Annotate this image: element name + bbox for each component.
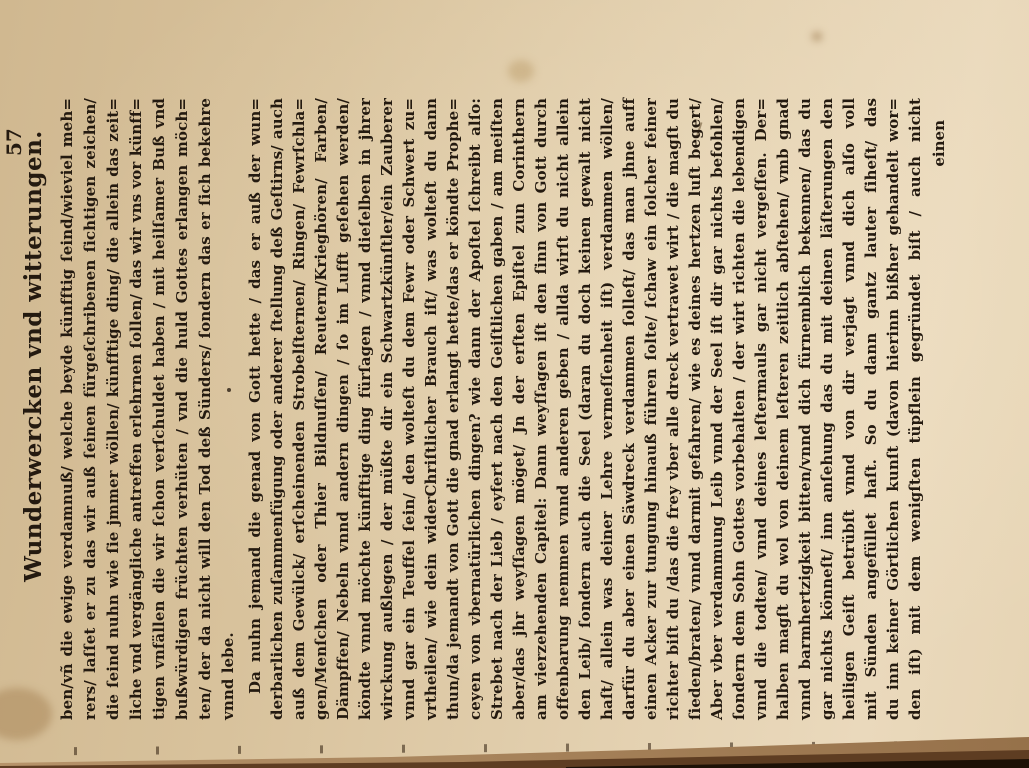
text-line: wirckung außlegen / der müßte dir ein Sc… [376,98,398,720]
text-line: auß dem Gewülck/ erſcheinenden Strobelſt… [288,98,310,720]
text-line: Da nuhn jemand die genad von Gott hette … [244,98,266,720]
text-line: halben magſt du wol von deinem leſteren … [772,98,794,720]
text-line: richter biſt du /das die frey vber alle … [662,98,684,720]
page-sheet-rotated: Wunderwercken vnd witterungen. 57 ben/vñ… [0,0,1029,768]
text-line: vnnd gar ein Teuffel ſein/ den wolteſt d… [398,98,420,720]
text-line: rers/ laſſet er zu das wir auß ſeinen fü… [79,98,102,720]
paragraph-continuation: ben/vñ die ewige verdamnuß/ welche beyde… [56,98,240,720]
text-line: du inn keiner Görtlichen kunſt (davon hi… [882,98,904,720]
text-line: haſt/ allein was deiner Lehre vermeſſenh… [596,98,618,720]
text-line: mit Sünden angefüllet haſt. So du dann g… [860,98,882,720]
catchword: einen [930,120,948,720]
text-line: tigen vnfällen die wir ſchon verſchuldet… [148,98,171,720]
paragraph-main: Da nuhn jemand die genad von Gott hette … [244,98,926,720]
text-line: ceyen von vbernatürlichen dingen? wie da… [464,98,486,720]
page-number: 57 [2,128,26,156]
text-line: den Leib/ ſondern auch die Seel (daran d… [574,98,596,720]
text-line: vrtheilen/ wie dein widerChriſtlicher Br… [420,98,442,720]
text-line: vnnd die todten/ vnnd deines leſtermauls… [750,98,772,720]
text-line: bußwürdigen früchten verhüten / vnd die … [171,98,194,720]
text-line: ten/ der da nicht will den Tod deß Sünde… [194,98,217,720]
text-line: köndte vnnd möchte künfftige ding fürſag… [354,98,376,720]
text-line: die ſeind nuhn wie ſie jmmer wöllen/ kün… [102,98,125,720]
text-line: aber/das jhr weyſſagen möget/ Jn der erſ… [508,98,530,720]
text-line: ben/vñ die ewige verdamnuß/ welche beyde… [56,98,79,720]
text-line: Dämpffen/ Nebeln vnnd andern dingen / ſo… [332,98,354,720]
scanned-book-page: Wunderwercken vnd witterungen. 57 ben/vñ… [0,0,1029,768]
text-line: vnnd barmhertzigkeit bitten/vnnd dich fü… [794,98,816,720]
text-line: darfür du aber einen Säwdreck verdammen … [618,98,640,720]
running-header: Wunderwercken vnd witterungen. [20,0,47,768]
text-line: Strebet nach der Lieb / eyfert nach den … [486,98,508,720]
text-line: am vierzehenden Capitel: Dann weyſſagen … [530,98,552,720]
text-line: ſieden/braten/ vnnd darmit gefahren/ wie… [684,98,706,720]
text-line: liche vnd vergängliche antreffen erlehrn… [125,98,148,720]
text-line: vnnd lebe. [217,98,240,720]
text-line: offenbarung nemmen vnnd anderen geben / … [552,98,574,720]
text-line: derbarlichen zuſammenfügung oder anderer… [266,98,288,720]
text-line: gar nichts könneſt/ inn anſehung das du … [816,98,838,720]
text-line: thun/da jemandt von Gott die gnad erlang… [442,98,464,720]
text-line: heiligen Geiſt betrübſt vnnd von dir ver… [838,98,860,720]
text-line: ſondern dem Sohn Gottes vorbehalten / de… [728,98,750,720]
text-line: Aber vber verdammung Leib vnnd der Seel … [706,98,728,720]
text-line: einen Acker zur tungung hinauß führen ſo… [640,98,662,720]
text-line: den iſt) mit dem wenigſten tüpflein gegr… [904,98,926,720]
text-line: gen/Menſchen oder Thier Bildnuſſen/ Reut… [310,98,332,720]
